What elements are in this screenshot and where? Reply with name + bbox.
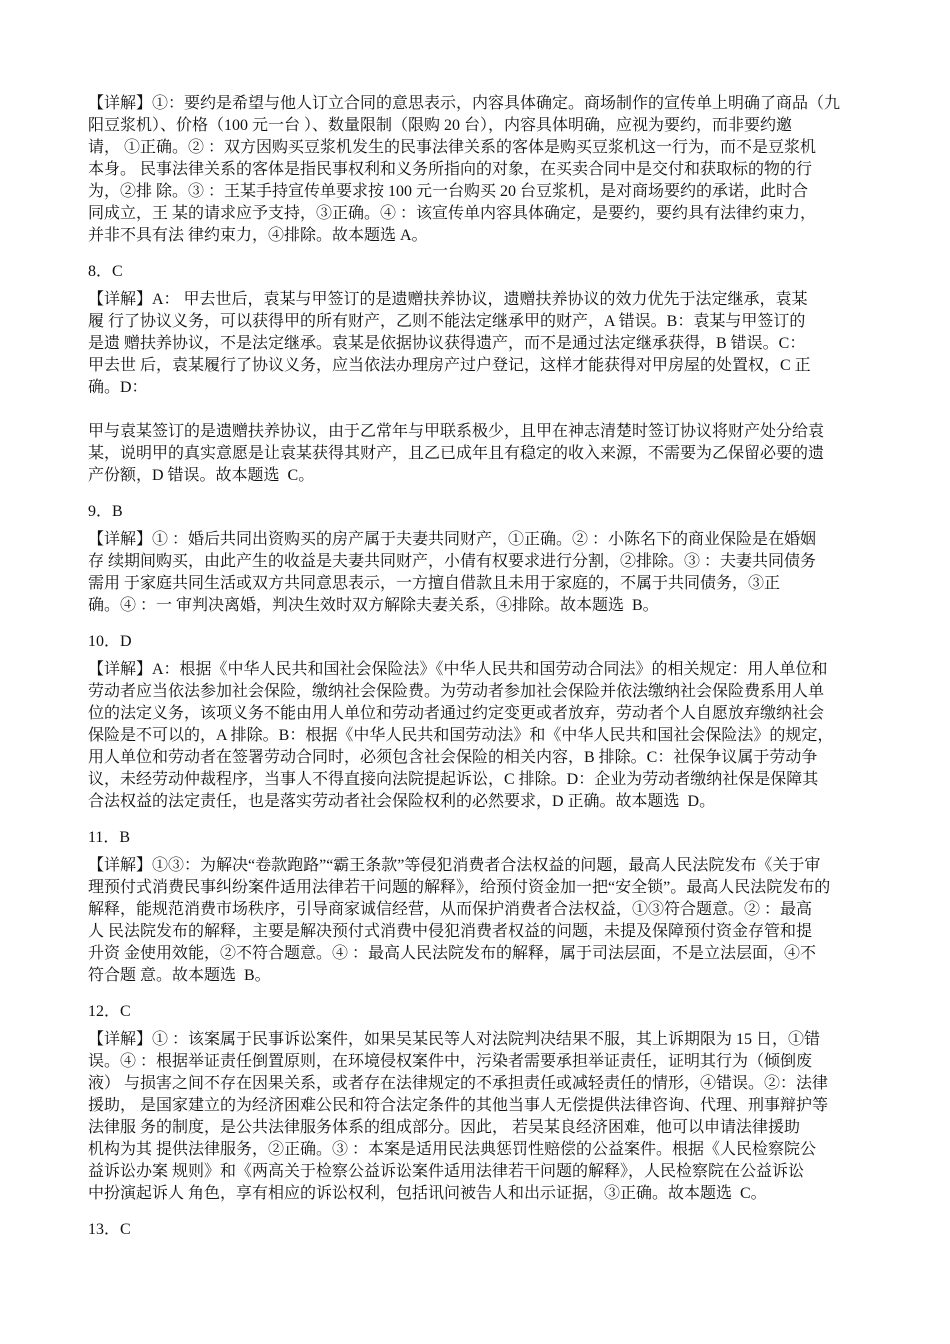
explanation-paragraph-q7: 【详解】①：要约是希望与他人订立合同的意思表示，内容具体确定。商场制作的宣传单上… [88,93,840,247]
explanation-paragraph-q10: 【详解】A：根据《中华人民共和国社会保险法》《中华人民共和国劳动合同法》的相关规… [88,659,833,813]
answer-line-q10: 10．D [88,631,132,653]
answer-line-q9: 9．B [88,501,123,523]
answer-explanation-document: 【详解】①：要约是希望与他人订立合同的意思表示，内容具体确定。商场制作的宣传单上… [0,0,950,1344]
answer-line-q8: 8．C [88,261,123,283]
explanation-paragraph-q12: 【详解】① ：该案属于民事诉讼案件，如果吴某民等人对法院判决结果不服，其上诉期限… [88,1029,828,1205]
explanation-paragraph-q8b: 甲与袁某签订的是遗赠扶养协议，由于乙常年与甲联系极少，且甲在神志清楚时签订协议将… [88,421,824,487]
answer-line-q13: 13．C [88,1219,131,1241]
explanation-paragraph-q8a: 【详解】A： 甲去世后，袁某与甲签订的是遗赠扶养协议，遗赠扶养协议的效力优先于法… [88,289,811,399]
explanation-paragraph-q11: 【详解】①③：为解决“卷款跑路”“霸王条款”等侵犯消费者合法权益的问题，最高人民… [88,855,830,987]
answer-line-q12: 12．C [88,1001,131,1023]
explanation-paragraph-q9: 【详解】① ：婚后共同出资购买的房产属于夫妻共同财产，①正确。② ：小陈名下的商… [88,529,816,617]
answer-line-q11: 11．B [88,827,130,849]
